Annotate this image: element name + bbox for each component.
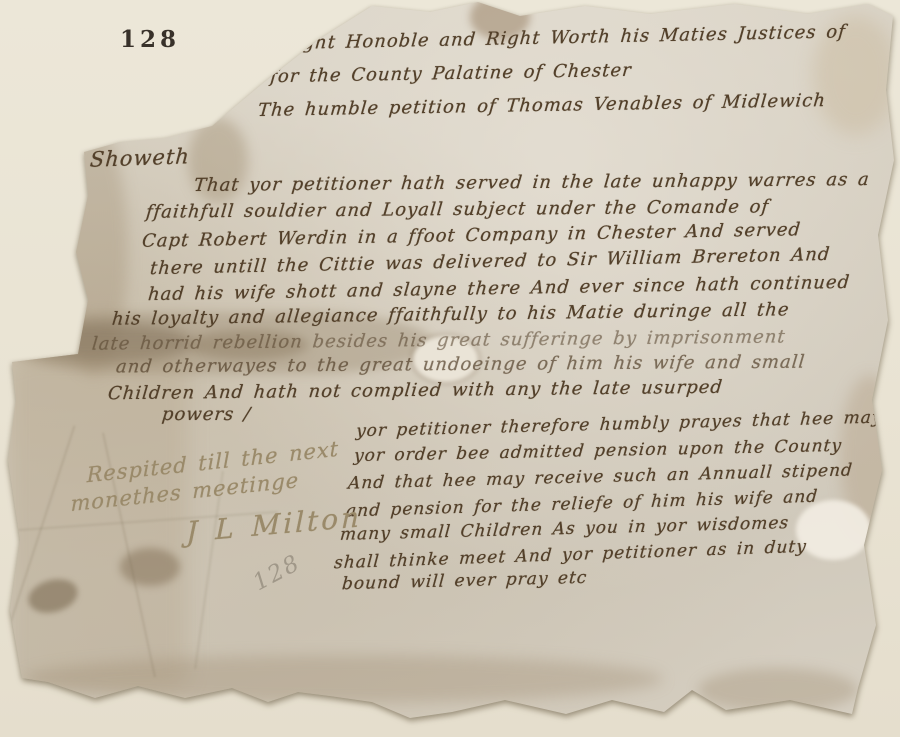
heading-line-2: the Peace for the County Palatine of Che… [159, 60, 633, 89]
annotation-signature: J L Milton [186, 500, 362, 549]
stain-left-column [8, 355, 188, 690]
prayer-line-7: bound will ever pray etc [341, 568, 588, 594]
stain-bottom-band [23, 655, 663, 703]
manuscript-paper-shadow: To the Right Honoble and Right Worth his… [8, 0, 898, 724]
stain-bottom-right-edge [698, 668, 858, 712]
salutation: Showeth [89, 144, 191, 172]
album-page-background: 128 To the Right Honoble and Right W [0, 0, 900, 737]
pencil-folio-number: 128 [249, 550, 305, 596]
stain-bottom-left-spot-1 [25, 574, 82, 618]
stain-bottom-left-spot-2 [120, 548, 180, 586]
body-line-8: and otherwayes to the great undoeinge of… [115, 352, 806, 378]
body-line-1: That yor petitioner hath served in the l… [193, 169, 871, 196]
stain-right-middle [840, 375, 900, 535]
manuscript-paper: To the Right Honoble and Right Worth his… [8, 0, 898, 722]
paper-crease-1 [3, 425, 76, 644]
heading-line-1: To the Right Honoble and Right Worth his… [205, 21, 847, 55]
stain-right-white-patch [796, 500, 871, 560]
body-line-2: ffaithfull souldier and Loyall subject u… [145, 196, 770, 222]
body-line-9: Children And hath not complied with any … [107, 377, 724, 404]
body-line-7: late horrid rebellion besides his great … [91, 326, 787, 354]
body-line-10: powers / [161, 404, 252, 425]
heading-line-3: The humble petition of Thomas Venables o… [257, 90, 827, 121]
